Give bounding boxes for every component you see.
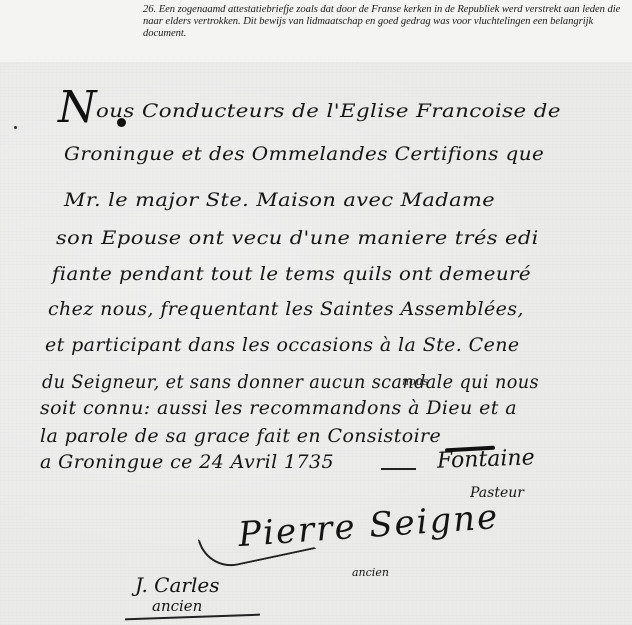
letter-line-8: du Seigneur, et sans donner aucun scanda… (42, 371, 539, 393)
signature-pierre-seigne-title: ancien (352, 566, 389, 579)
letter-line-2: Groningue et des Ommelandes Certifions q… (64, 143, 544, 165)
letter-line-5: fiante pendant tout le tems quils ont de… (52, 263, 531, 285)
superscript-insert: nous (402, 375, 428, 388)
letter-line-7: et participant dans les occasions à la S… (45, 334, 520, 356)
letter-line-4: son Epouse ont vecu d'une maniere trés e… (56, 227, 539, 249)
letter-line-11-date: a Groningue ce 24 Avril 1735 (40, 451, 334, 473)
signature-carles-title: ancien (152, 597, 202, 615)
decorative-initial: N (58, 86, 97, 130)
year-underline (381, 468, 416, 470)
letter-line-10: la parole de sa grace fait en Consistoir… (40, 425, 441, 447)
figure-caption: 26. Een zogenaamd attestatiebriefje zoal… (143, 4, 628, 40)
letter-line-1: ous Conducteurs de l'Eglise Francoise de (96, 100, 561, 122)
caption-area: 26. Een zogenaamd attestatiebriefje zoal… (0, 0, 632, 62)
signature-fontaine: Fontaine (437, 445, 535, 473)
ink-dot (14, 126, 17, 129)
signature-carles: J. Carles (135, 573, 219, 597)
letter-line-6: chez nous, frequentant les Saintes Assem… (48, 298, 524, 320)
letter-line-9: soit connu: aussi les recommandons à Die… (40, 397, 517, 419)
letter-line-3: Mr. le major Ste. Maison avec Madame (64, 189, 495, 211)
